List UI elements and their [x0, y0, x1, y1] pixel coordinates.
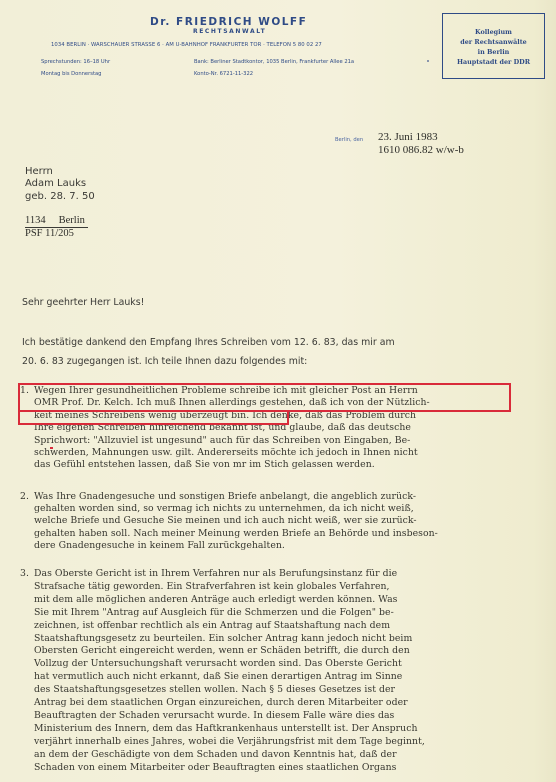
paragraph-line: das Gefühl entstehen lassen, daß Sie von… — [34, 459, 430, 471]
collegium-stamp: Kollegium der Rechtsanwälte in Berlin Ha… — [442, 13, 545, 79]
paragraph-line: verjährt innerhalb eines Jahres, wobei d… — [34, 736, 425, 749]
letterhead-title: RECHTSANWALT — [193, 28, 266, 35]
paragraph-line: Ihre eigenen Schreiben hinreichend bekan… — [34, 422, 430, 434]
recipient-city-line: 1134Berlin — [25, 215, 88, 228]
postcode: 1134 — [25, 215, 46, 226]
recipient-postal: 1134Berlin PSF 11/205 — [25, 215, 88, 240]
salutation: Sehr geehrter Herr Lauks! — [22, 297, 144, 308]
letterhead-address: 1034 BERLIN · WARSCHAUER STRASSE 6 · AM … — [51, 42, 322, 48]
paragraph-1: 1. Wegen Ihrer gesundheitlichen Probleme… — [20, 385, 430, 472]
paragraph-line: mit dem alle möglichen anderen Anträge a… — [34, 594, 425, 607]
paragraph-line: zeichnen, ist offenbar rechtlich als ein… — [34, 620, 425, 633]
paragraph-line: hat vermutlich auch nicht erkannt, daß S… — [34, 671, 425, 684]
recipient-address: Herrn Adam Lauks geb. 28. 7. 50 — [25, 166, 95, 203]
letter-date: 23. Juni 1983 — [378, 131, 464, 144]
city: Berlin — [59, 215, 85, 226]
date-label: Berlin, den — [335, 137, 363, 143]
paragraph-line: schwerden, Mahnungen usw. gilt. Anderers… — [34, 447, 430, 459]
intro-paragraph: Ich bestätige dankend den Empfang Ihres … — [22, 333, 395, 371]
red-pen-mark — [50, 447, 53, 449]
intro-line: Ich bestätige dankend den Empfang Ihres … — [22, 333, 395, 352]
dateline: 23. Juni 1983 1610 086.82 w/w-b — [378, 131, 464, 157]
paragraph-line: Ministerium des Innern, dem das Haftkran… — [34, 723, 425, 736]
intro-line: 20. 6. 83 zugegangen ist. Ich teile Ihne… — [22, 352, 395, 371]
paragraph-line: Strafsache tätig geworden. Ein Strafverf… — [34, 581, 425, 594]
office-hours: Sprechstunden: 16–18 Uhr — [41, 59, 110, 65]
paragraph-line: keit meines Schreibens wenig überzeugt b… — [34, 410, 430, 422]
paragraph-2: 2. Was Ihre Gnadengesuche und sonstigen … — [20, 491, 438, 552]
recipient-name: Adam Lauks — [25, 178, 95, 190]
paragraph-line: Das Oberste Gericht ist in Ihrem Verfahr… — [34, 568, 425, 581]
paragraph-line: Antrag bei dem staatlichen Organ einzure… — [34, 697, 425, 710]
paragraph-number: 2. — [20, 491, 29, 503]
letterhead-name: Dr. FRIEDRICH WOLFF — [150, 10, 250, 29]
paragraph-line: Was Ihre Gnadengesuche und sonstigen Bri… — [34, 491, 438, 503]
paragraph-number: 3. — [20, 568, 29, 581]
account-number: Konto-Nr. 6721-11-322 — [194, 71, 253, 77]
ink-dot — [427, 60, 429, 62]
stamp-line: in Berlin — [443, 47, 544, 57]
paragraph-line: an dem der Geschädigte von dem Schaden u… — [34, 749, 425, 762]
paragraph-3: 3. Das Oberste Gericht ist in Ihrem Verf… — [20, 568, 425, 775]
stamp-line: Kollegium — [443, 27, 544, 37]
stamp-line: Hauptstadt der DDR — [443, 57, 544, 67]
paragraph-line: OMR Prof. Dr. Kelch. Ich muß Ihnen aller… — [34, 397, 430, 409]
paragraph-line: gehalten haben soll. Nach meiner Meinung… — [34, 528, 438, 540]
paragraph-line: Sie mit Ihrem "Antrag auf Ausgleich für … — [34, 607, 425, 620]
po-box: PSF 11/205 — [25, 228, 88, 240]
paragraph-line: gehalten worden sind, so vermag ich nich… — [34, 503, 438, 515]
paragraph-line: Schaden von einem Mitarbeiter oder Beauf… — [34, 762, 425, 775]
paragraph-line: des Staatshaftungsgesetzes stellen wolle… — [34, 684, 425, 697]
paragraph-number: 1. — [20, 385, 29, 397]
recipient-birthdate: geb. 28. 7. 50 — [25, 191, 95, 203]
paragraph-line: Sprichwort: "Allzuviel ist ungesund" auc… — [34, 435, 430, 447]
paragraph-line: welche Briefe und Gesuche Sie meinen und… — [34, 515, 438, 527]
stamp-line: der Rechtsanwälte — [443, 37, 544, 47]
paragraph-line: Obersten Gericht eingereicht werden, wen… — [34, 645, 425, 658]
reference-number: 1610 086.82 w/w-b — [378, 144, 464, 157]
office-days: Montag bis Donnerstag — [41, 71, 101, 77]
letter-page: Dr. FRIEDRICH WOLFF RECHTSANWALT 1034 BE… — [0, 0, 556, 782]
paragraph-line: Staatshaftungsgesetz zu beurteilen. Ein … — [34, 633, 425, 646]
bank-info: Bank: Berliner Stadtkontor, 1035 Berlin,… — [194, 59, 354, 65]
paragraph-line: Vollzug der Untersuchungshaft verursacht… — [34, 658, 425, 671]
paragraph-line: Beauftragten der Schaden verursacht wurd… — [34, 710, 425, 723]
paragraph-line: Wegen Ihrer gesundheitlichen Probleme sc… — [34, 385, 430, 397]
recipient-salutation: Herrn — [25, 166, 95, 178]
paragraph-line: dere Gnadengesuche in keinem Fall zurück… — [34, 540, 438, 552]
